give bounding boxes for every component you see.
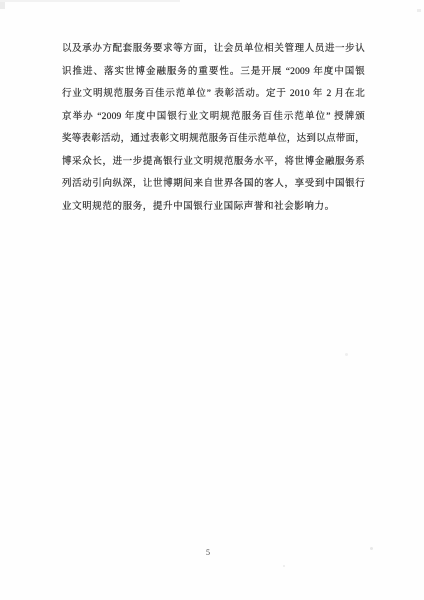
paragraph-line: 业文明规范的服务，提升中国银行业国际声誉和社会影响力。 [62, 196, 365, 219]
paragraph-line: 以及承办方配套服务要求等方面，让会员单位相关管理人员进一步认 [62, 38, 365, 61]
scan-smudge [0, 0, 180, 2]
scan-speckle [345, 353, 348, 356]
paragraph-line: 识推进、落实世博金融服务的重要性。三是开展 “2009 年度中国银 [62, 61, 365, 84]
scanned-document-page: 以及承办方配套服务要求等方面，让会员单位相关管理人员进一步认 识推进、落实世博金… [0, 0, 424, 600]
scan-smudge [0, 0, 5, 9]
paragraph-line: 列活动引向纵深，让世博期间来自世界各国的客人，享受到中国银行 [62, 173, 365, 196]
scan-smudge [0, 0, 5, 9]
body-paragraph: 以及承办方配套服务要求等方面，让会员单位相关管理人员进一步认 识推进、落实世博金… [62, 38, 365, 218]
scan-speckle [417, 9, 421, 12]
paragraph-line: 奖等表彰活动，通过表彰文明规范服务百佳示范单位，达到以点带面， [62, 128, 365, 151]
paragraph-line: 京举办 “2009 年度中国银行业文明规范服务百佳示范单位” 授牌颁 [62, 106, 365, 129]
page-number: 5 [0, 548, 416, 557]
scan-speckle [283, 565, 285, 567]
paragraph-line: 行业文明规范服务百佳示范单位” 表彰活动。定于 2010 年 2 月在北 [62, 83, 365, 106]
paragraph-line: 博采众长，进一步提高银行业文明规范服务水平，将世博金融服务系 [62, 151, 365, 174]
